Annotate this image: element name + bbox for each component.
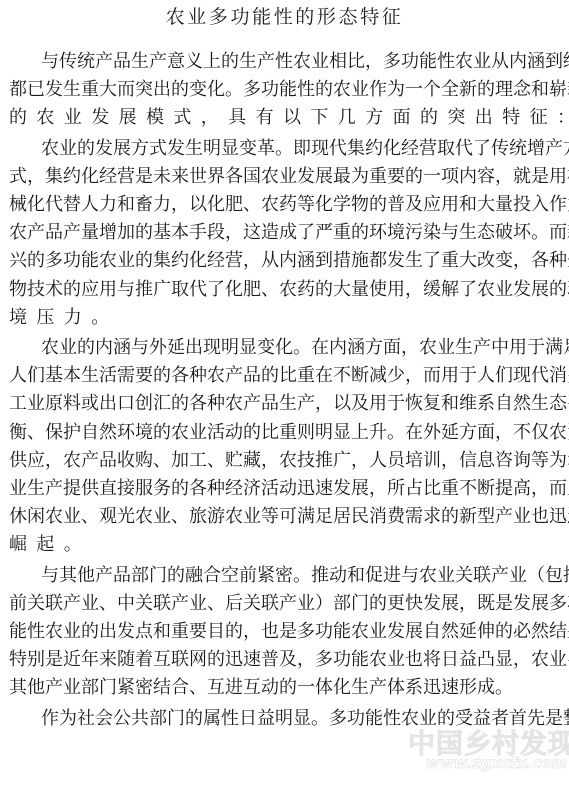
text-line: 农产品产量增加的基本手段，这造成了严重的环境污染与生态破坏。而新 xyxy=(9,219,560,247)
text-line: 业生产提供直接服务的各种经济活动迅速发展，所占比重不断提高，而且 xyxy=(9,475,560,503)
text-line: 衡、保护自然环境的农业活动的比重则明显上升。在外延方面，不仅农资 xyxy=(9,419,560,447)
document-title: 农业多功能性的形态特征 xyxy=(9,4,560,30)
text-line: 农业的发展方式发生明显变革。即现代集约化经营取代了传统增产方 xyxy=(9,135,560,163)
text-line: 特别是近年来随着互联网的迅速普及，多功能农业也将日益凸显，农业与 xyxy=(9,646,560,674)
document-body: 与传统产品生产意义上的生产性农业相比，多功能性农业从内涵到结构 都已发生重大而突… xyxy=(9,48,560,735)
text-line: 供应，农产品收购、加工、贮藏，农技推广，人员培训，信息咨询等为农 xyxy=(9,447,560,475)
paragraph-connotation-extension: 农业的内涵与外延出现明显变化。在内涵方面，农业生产中用于满足 人们基本生活需要的… xyxy=(9,334,560,560)
text-line: 的农业发展模式，具有以下几方面的突出特征： xyxy=(9,104,560,132)
paragraph-intro: 与传统产品生产意义上的生产性农业相比，多功能性农业从内涵到结构 都已发生重大而突… xyxy=(9,48,560,133)
paragraph-development-mode: 农业的发展方式发生明显变革。即现代集约化经营取代了传统增产方 式，集约化经营是未… xyxy=(9,135,560,332)
text-line: 工业原料或出口创汇的各种农产品生产，以及用于恢复和维系自然生态平 xyxy=(9,390,560,418)
text-line: 崛起。 xyxy=(9,531,560,559)
text-line: 兴的多功能农业的集约化经营，从内涵到措施都发生了重大改变，各种生 xyxy=(9,247,560,275)
text-line: 人们基本生活需要的各种农产品的比重在不断减少，而用于人们现代消费、 xyxy=(9,362,560,390)
text-line: 与传统产品生产意义上的生产性农业相比，多功能性农业从内涵到结构 xyxy=(9,48,560,76)
text-line: 能性农业的出发点和重要目的，也是多功能农业发展自然延伸的必然结果。 xyxy=(9,618,560,646)
paragraph-public-sector: 作为社会公共部门的属性日益明显。多功能性农业的受益者首先是整 xyxy=(9,705,560,733)
text-line: 前关联产业、中关联产业、后关联产业）部门的更快发展，既是发展多功 xyxy=(9,590,560,618)
text-line: 其他产业部门紧密结合、互进互动的一体化生产体系迅速形成。 xyxy=(9,674,560,702)
text-line: 式，集约化经营是未来世界各国农业发展最为重要的一项内容，就是用机 xyxy=(9,163,560,191)
text-line: 都已发生重大而突出的变化。多功能性的农业作为一个全新的理念和崭新 xyxy=(9,76,560,104)
text-line: 与其他产品部门的融合空前紧密。推动和促进与农业关联产业（包括 xyxy=(9,562,560,590)
paragraph-sector-integration: 与其他产品部门的融合空前紧密。推动和促进与农业关联产业（包括 前关联产业、中关联… xyxy=(9,562,560,703)
text-line: 农业的内涵与外延出现明显变化。在内涵方面，农业生产中用于满足 xyxy=(9,334,560,362)
text-line: 境压力。 xyxy=(9,304,560,332)
text-line: 休闲农业、观光农业、旅游农业等可满足居民消费需求的新型产业也迅速 xyxy=(9,503,560,531)
text-line: 作为社会公共部门的属性日益明显。多功能性农业的受益者首先是整 xyxy=(9,705,560,733)
watermark-url: www.zgxcfx.com xyxy=(426,754,567,772)
text-line: 械化代替人力和畜力，以化肥、农药等化学物的普及应用和大量投入作为 xyxy=(9,191,560,219)
text-line: 物技术的应用与推广取代了化肥、农药的大量使用，缓解了农业发展的环 xyxy=(9,276,560,304)
